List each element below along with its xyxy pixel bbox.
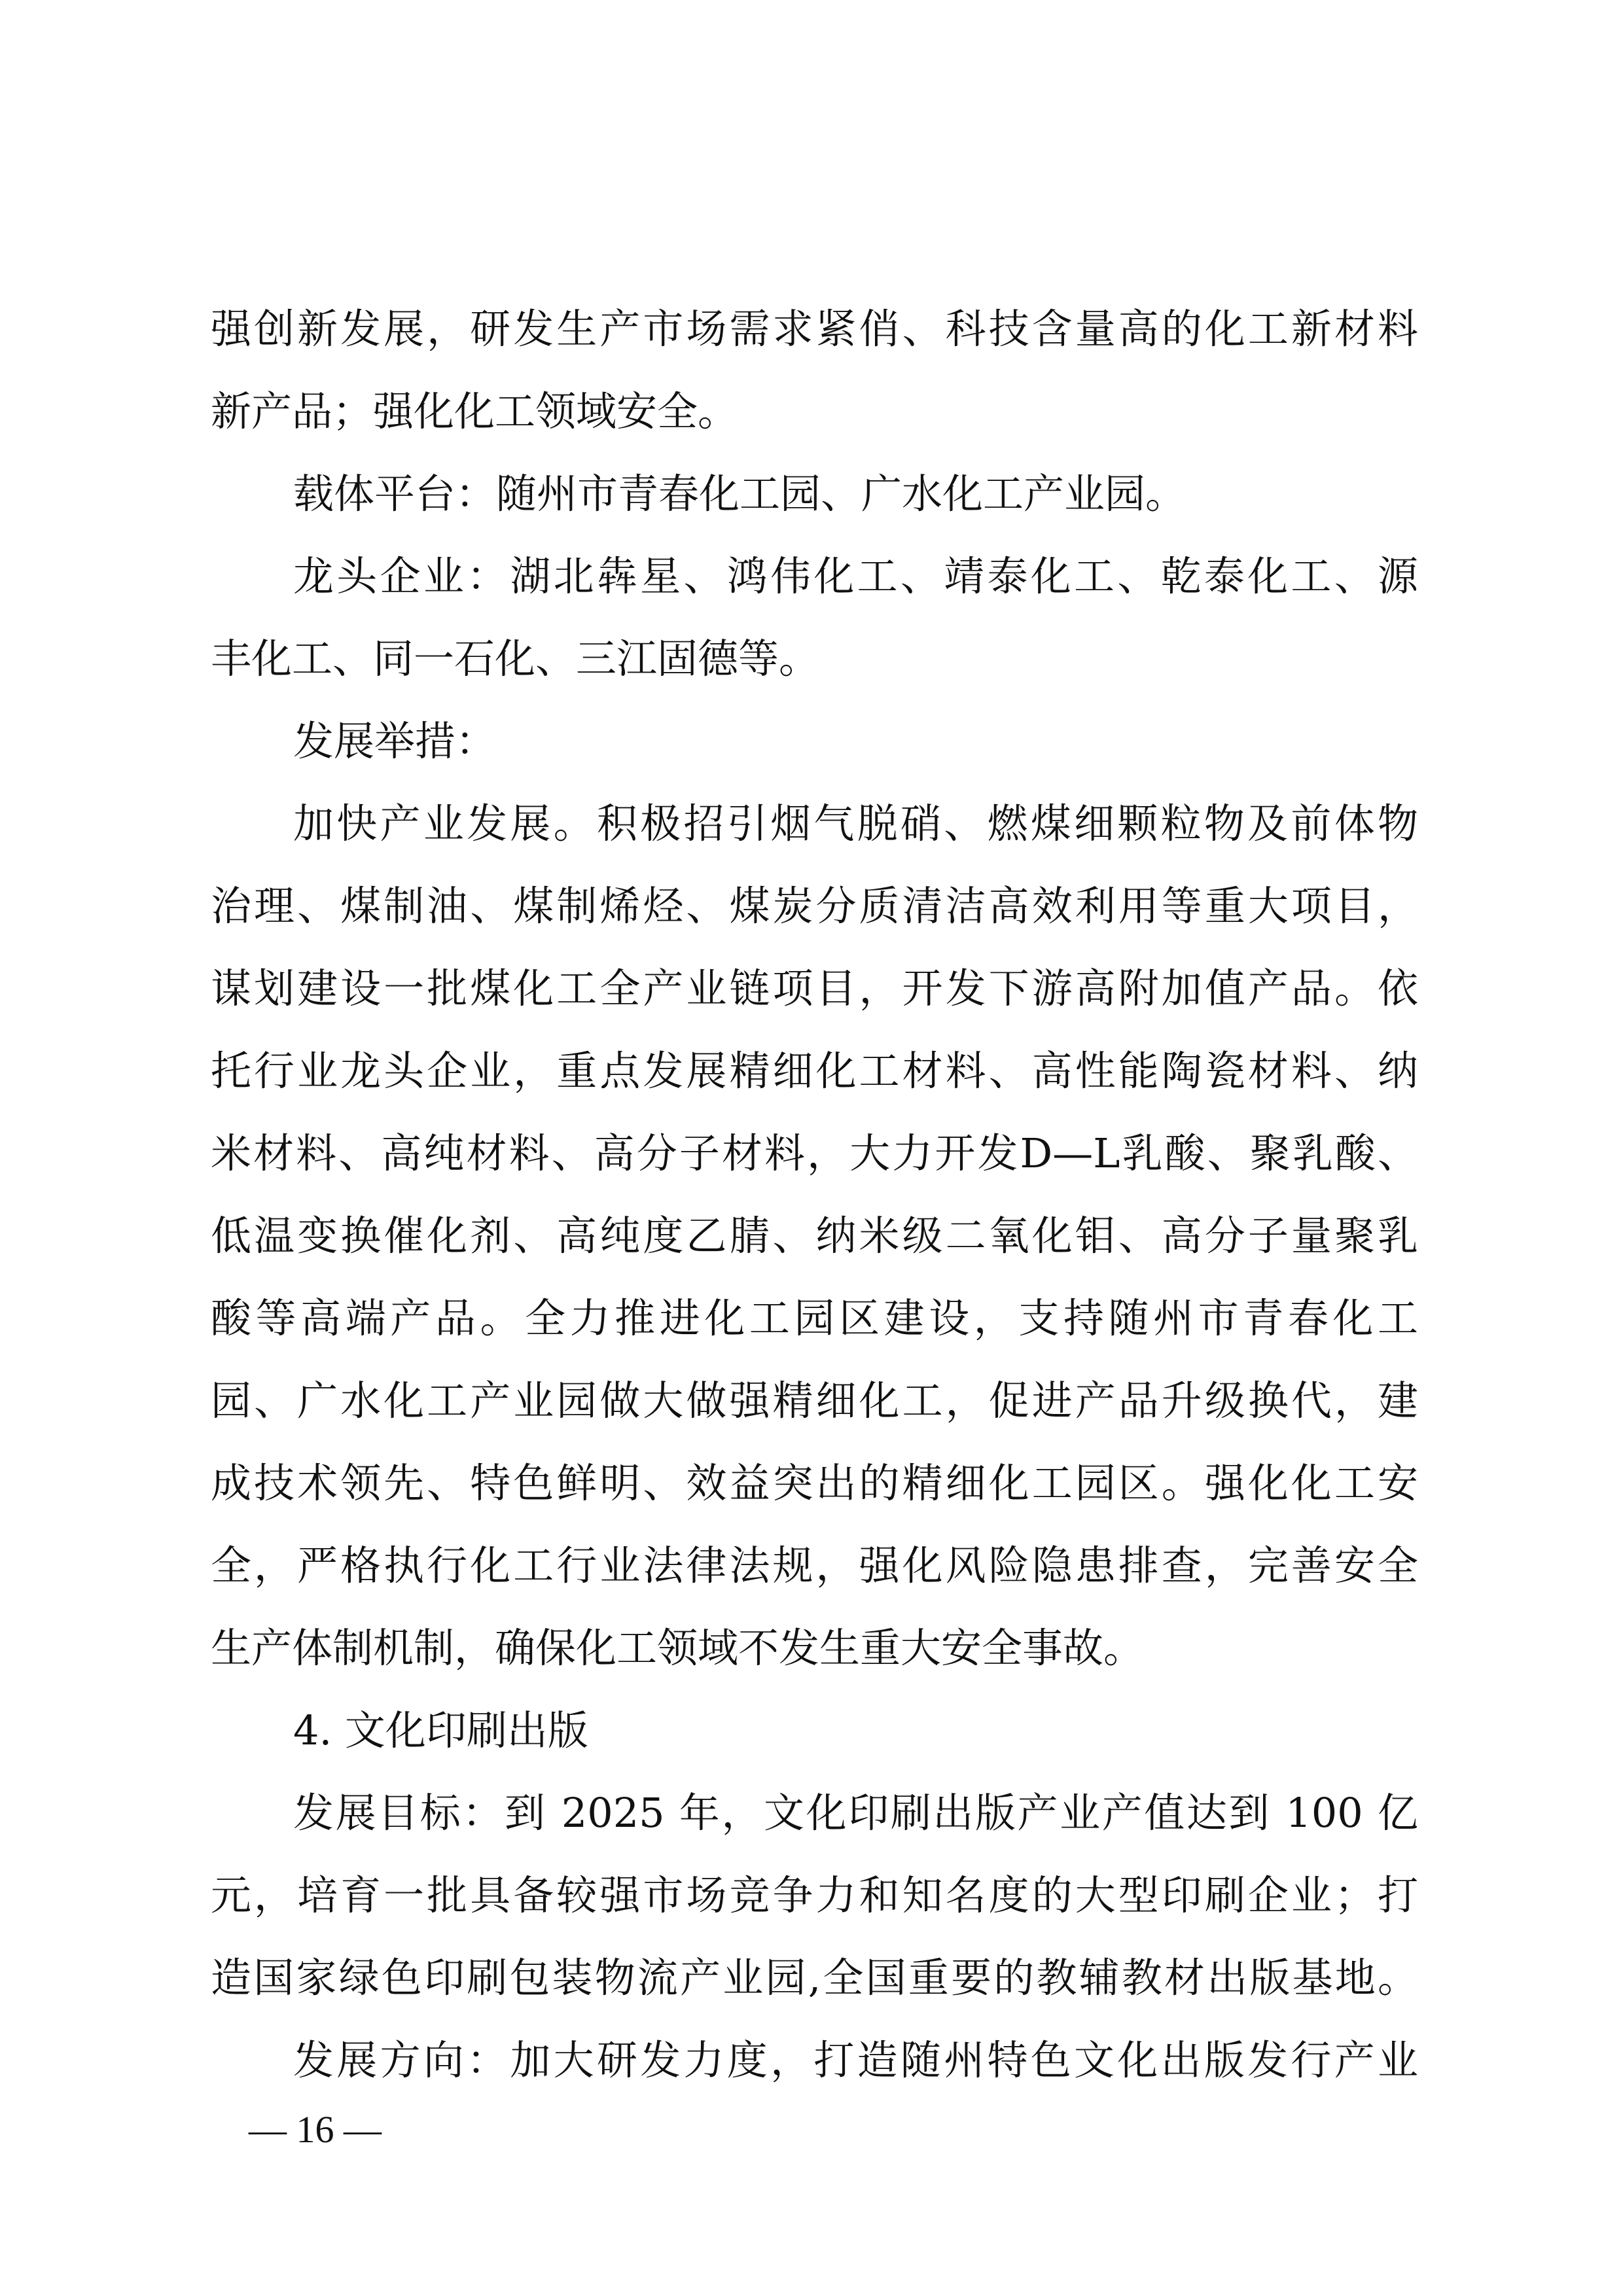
measures-paragraph-line-3: 谋划建设一批煤化工全产业链项目，开发下游高附加值产品。依 [211, 963, 1418, 1015]
measures-paragraph-line-6: 低温变换催化剂、高纯度乙腈、纳米级二氧化钼、高分子量聚乳 [211, 1210, 1418, 1262]
paragraph-line-1: 强创新发展，研发生产市场需求紧俏、科技含量高的化工新材料 [211, 303, 1418, 355]
leading-enterprises-line-1: 龙头企业：湖北犇星、鸿伟化工、靖泰化工、乾泰化工、源 [293, 550, 1418, 603]
measures-paragraph-line-5: 米材料、高纯材料、高分子材料，大力开发D—L乳酸、聚乳酸、 [211, 1127, 1418, 1180]
measures-paragraph-line-7: 酸等高端产品。全力推进化工园区建设，支持随州市青春化工 [211, 1292, 1418, 1345]
measures-paragraph-line-2: 治理、煤制油、煤制烯烃、煤炭分质清洁高效利用等重大项目， [211, 880, 1418, 932]
development-direction-line-1: 发展方向：加大研发力度，打造随州特色文化出版发行产业 [293, 2034, 1418, 2087]
measures-paragraph-line-8: 园、广水化工产业园做大做强精细化工，促进产品升级换代，建 [211, 1375, 1418, 1427]
leading-enterprises-line-2: 丰化工、同一石化、三江固德等。 [211, 633, 1418, 685]
development-goal-line-3: 造国家绿色印刷包装物流产业园,全国重要的教辅教材出版基地。 [211, 1952, 1418, 2004]
measures-paragraph-line-4: 托行业龙头企业，重点发展精细化工材料、高性能陶瓷材料、纳 [211, 1045, 1418, 1097]
document-page: 强创新发展，研发生产市场需求紧俏、科技含量高的化工新材料 新产品；强化化工领域安… [211, 0, 1418, 2296]
development-goal-line-2: 元，培育一批具备较强市场竞争力和知名度的大型印刷企业；打 [211, 1869, 1418, 1922]
section-heading-culture-printing: 4. 文化印刷出版 [293, 1704, 1418, 1757]
measures-paragraph-line-11: 生产体制机制，确保化工领域不发生重大安全事故。 [211, 1622, 1418, 1674]
development-measures-heading: 发展举措： [293, 715, 1418, 768]
paragraph-line-2: 新产品；强化化工领域安全。 [211, 385, 1418, 438]
development-goal-line-1: 发展目标：到 2025 年，文化印刷出版产业产值达到 100 亿 [293, 1787, 1418, 1839]
measures-paragraph-line-9: 成技术领先、特色鲜明、效益突出的精细化工园区。强化化工安 [211, 1457, 1418, 1510]
carrier-platform-line: 载体平台：随州市青春化工园、广水化工产业园。 [293, 468, 1418, 520]
measures-paragraph-line-1: 加快产业发展。积极招引烟气脱硝、燃煤细颗粒物及前体物 [293, 798, 1418, 850]
page-number: — 16 — [249, 2104, 382, 2156]
measures-paragraph-line-10: 全，严格执行化工行业法律法规，强化风险隐患排查，完善安全 [211, 1540, 1418, 1592]
